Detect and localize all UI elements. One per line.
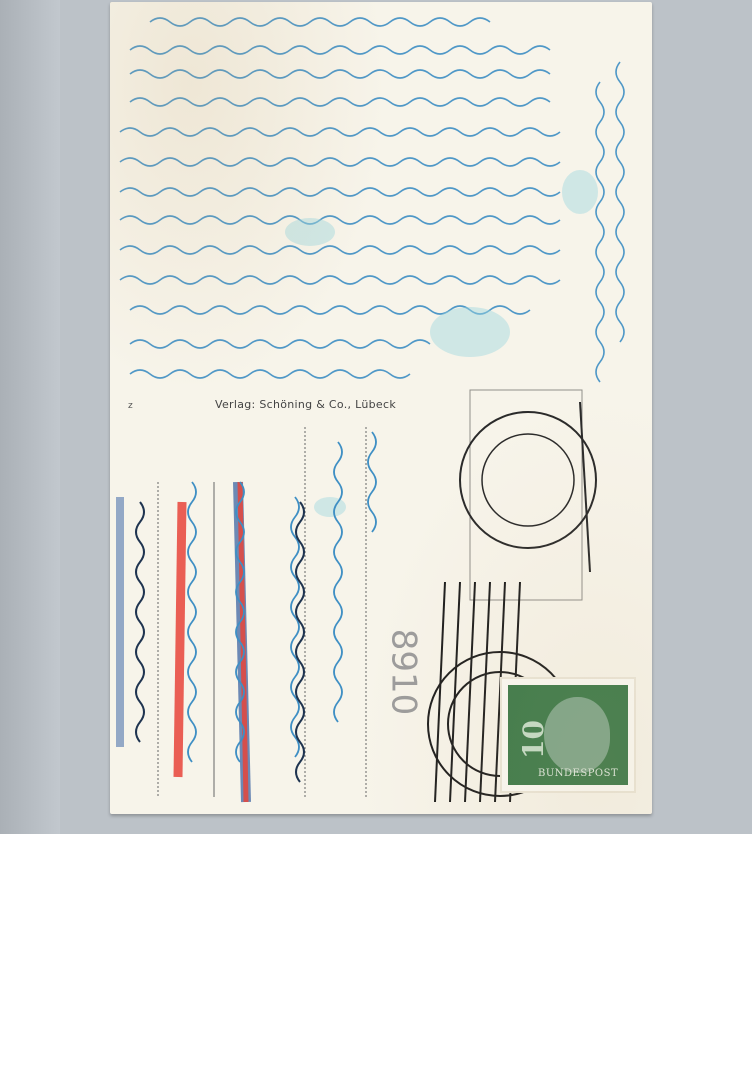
- stamp-face: 10 BUNDESPOST: [508, 685, 628, 785]
- pencil-note: 8910: [383, 629, 423, 716]
- message-handwriting: [120, 18, 624, 382]
- scan-shadow: [0, 0, 60, 834]
- corner-mark: z: [128, 401, 133, 411]
- portrait-icon: [544, 697, 610, 773]
- postmark-top: [460, 390, 596, 600]
- publisher-imprint: Verlag: Schöning & Co., Lübeck: [215, 398, 396, 411]
- stamp-value: 10: [517, 720, 550, 759]
- address-handwriting: [188, 432, 376, 762]
- postage-stamp: 10 BUNDESPOST: [502, 679, 634, 791]
- postcard: z Verlag: Schöning & Co., Lübeck 8910 10…: [110, 2, 652, 814]
- stamp-label: BUNDESPOST: [538, 768, 618, 779]
- address-dark-handwriting: [136, 502, 304, 782]
- address-lines: [158, 427, 366, 797]
